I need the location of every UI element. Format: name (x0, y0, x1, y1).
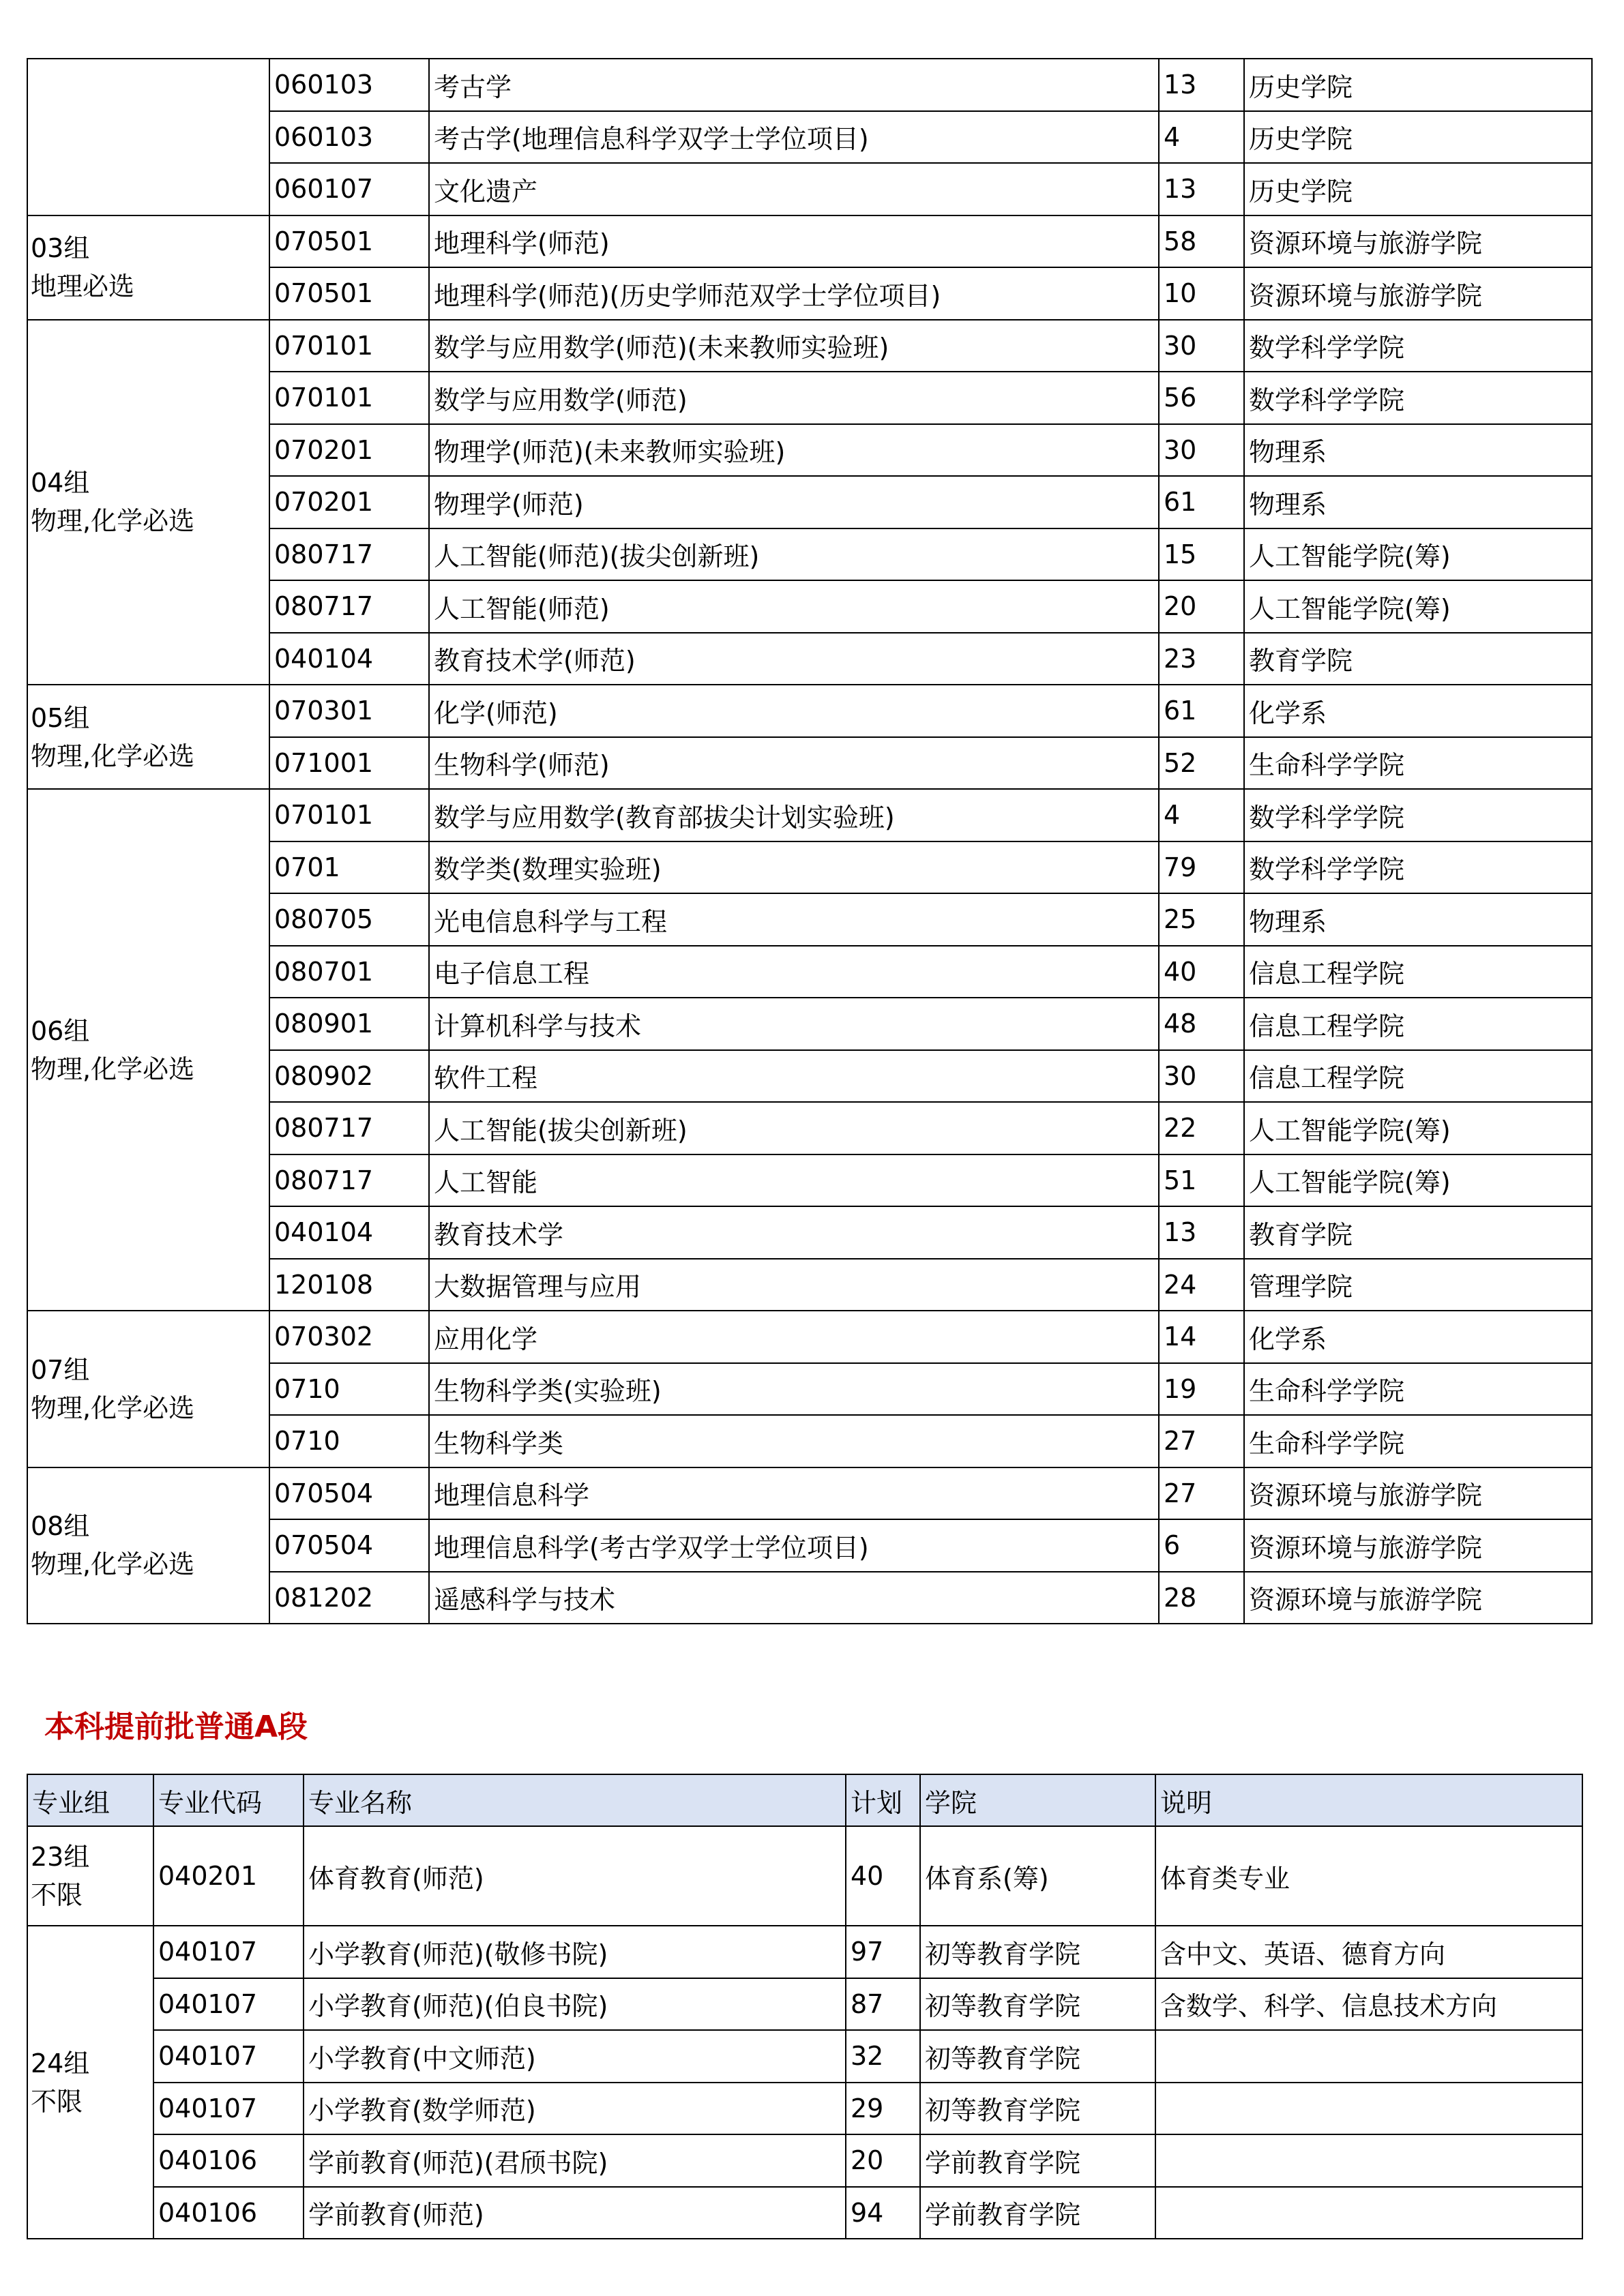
plan-count: 97 (846, 1926, 920, 1978)
major-code: 070302 (269, 1311, 429, 1363)
major-code: 070101 (269, 789, 429, 841)
group-cell: 08组 物理,化学必选 (27, 1467, 269, 1624)
major-name: 软件工程 (429, 1050, 1159, 1103)
college: 化学系 (1244, 1311, 1592, 1363)
college: 人工智能学院(筹) (1244, 580, 1592, 633)
college: 学前教育学院 (920, 2134, 1155, 2187)
plan-count: 13 (1159, 163, 1244, 215)
college: 生命科学学院 (1244, 737, 1592, 790)
major-name: 地理科学(师范)(历史学师范双学士学位项目) (429, 267, 1159, 320)
table1-body: 060103 考古学 13 历史学院 060103 考古学(地理信息科学双学士学… (27, 59, 1592, 1624)
major-code: 060103 (269, 59, 429, 111)
college: 资源环境与旅游学院 (1244, 1467, 1592, 1520)
major-code: 070101 (269, 372, 429, 424)
note (1155, 2134, 1582, 2187)
plan-count: 15 (1159, 528, 1244, 581)
plan-count: 30 (1159, 424, 1244, 477)
table-row: 08组 物理,化学必选 070504 地理信息科学 27 资源环境与旅游学院 (27, 1467, 1592, 1520)
plan-count: 94 (846, 2187, 920, 2239)
college: 人工智能学院(筹) (1244, 1102, 1592, 1154)
note: 含数学、科学、信息技术方向 (1155, 1978, 1582, 2031)
major-code: 060103 (269, 111, 429, 164)
major-name: 地理科学(师范) (429, 215, 1159, 268)
plan-count: 29 (846, 2083, 920, 2135)
group-label: 04组 (31, 464, 269, 502)
college: 学前教育学院 (920, 2187, 1155, 2239)
plan-count: 6 (1159, 1519, 1244, 1572)
major-code: 040104 (269, 633, 429, 685)
plan-count: 51 (1159, 1154, 1244, 1207)
plan-count: 27 (1159, 1467, 1244, 1520)
major-name: 人工智能(师范)(拔尖创新班) (429, 528, 1159, 581)
college: 资源环境与旅游学院 (1244, 215, 1592, 268)
college: 资源环境与旅游学院 (1244, 267, 1592, 320)
group-subject: 物理,化学必选 (31, 737, 269, 775)
major-code: 040107 (153, 2030, 304, 2083)
plan-count: 14 (1159, 1311, 1244, 1363)
major-name: 地理信息科学 (429, 1467, 1159, 1520)
college: 历史学院 (1244, 163, 1592, 215)
group-subject: 地理必选 (31, 267, 269, 305)
college: 初等教育学院 (920, 2030, 1155, 2083)
major-code: 080701 (269, 946, 429, 998)
plan-count: 40 (846, 1826, 920, 1926)
major-name: 小学教育(师范)(敬修书院) (304, 1926, 846, 1978)
major-code: 040201 (153, 1826, 304, 1926)
table-row: 24组 不限 040107 小学教育(师范)(敬修书院) 97 初等教育学院 含… (27, 1926, 1582, 1978)
major-name: 体育教育(师范) (304, 1826, 846, 1926)
header-row: 专业组 专业代码 专业名称 计划 学院 说明 (27, 1774, 1582, 1826)
major-code: 070201 (269, 476, 429, 528)
table-row: 06组 物理,化学必选 070101 数学与应用数学(教育部拔尖计划实验班) 4… (27, 789, 1592, 841)
major-name: 学前教育(师范)(君颀书院) (304, 2134, 846, 2187)
plan-count: 20 (846, 2134, 920, 2187)
header-code: 专业代码 (153, 1774, 304, 1826)
major-code: 040107 (153, 2083, 304, 2135)
college: 历史学院 (1244, 111, 1592, 164)
table-row: 040106 学前教育(师范) 94 学前教育学院 (27, 2187, 1582, 2239)
major-name: 数学类(数理实验班) (429, 841, 1159, 894)
header-note: 说明 (1155, 1774, 1582, 1826)
note: 含中文、英语、德育方向 (1155, 1926, 1582, 1978)
major-name: 数学与应用数学(师范)(未来教师实验班) (429, 320, 1159, 372)
group-subject: 不限 (31, 1876, 153, 1914)
major-code: 070501 (269, 215, 429, 268)
major-code: 080717 (269, 528, 429, 581)
college: 教育学院 (1244, 633, 1592, 685)
group-label: 23组 (31, 1838, 153, 1876)
major-name: 生物科学(师范) (429, 737, 1159, 790)
major-name: 文化遗产 (429, 163, 1159, 215)
group-label: 24组 (31, 2044, 153, 2083)
major-code: 040106 (153, 2134, 304, 2187)
plan-count: 30 (1159, 1050, 1244, 1103)
section-title: 本科提前批普通A段 (44, 1702, 308, 1746)
plan-count: 56 (1159, 372, 1244, 424)
group-subject: 物理,化学必选 (31, 502, 269, 540)
note: 体育类专业 (1155, 1826, 1582, 1926)
major-name: 物理学(师范)(未来教师实验班) (429, 424, 1159, 477)
college: 教育学院 (1244, 1206, 1592, 1259)
major-code: 080717 (269, 1102, 429, 1154)
major-code: 070504 (269, 1467, 429, 1520)
table-row: 040107 小学教育(中文师范) 32 初等教育学院 (27, 2030, 1582, 2083)
header-college: 学院 (920, 1774, 1155, 1826)
plan-count: 79 (1159, 841, 1244, 894)
college: 管理学院 (1244, 1259, 1592, 1311)
major-name: 数学与应用数学(师范) (429, 372, 1159, 424)
major-code: 070101 (269, 320, 429, 372)
major-code: 081202 (269, 1572, 429, 1624)
major-code: 0710 (269, 1415, 429, 1467)
college: 数学科学学院 (1244, 789, 1592, 841)
major-name: 应用化学 (429, 1311, 1159, 1363)
college: 数学科学学院 (1244, 372, 1592, 424)
group-label: 05组 (31, 699, 269, 737)
college: 物理系 (1244, 424, 1592, 477)
table-row: 04组 物理,化学必选 070101 数学与应用数学(师范)(未来教师实验班) … (27, 320, 1592, 372)
note (1155, 2083, 1582, 2135)
college: 生命科学学院 (1244, 1415, 1592, 1467)
table-row: 040106 学前教育(师范)(君颀书院) 20 学前教育学院 (27, 2134, 1582, 2187)
college: 数学科学学院 (1244, 841, 1592, 894)
plan-count: 87 (846, 1978, 920, 2031)
major-code: 080902 (269, 1050, 429, 1103)
plan-count: 61 (1159, 685, 1244, 737)
major-name: 小学教育(师范)(伯良书院) (304, 1978, 846, 2031)
table-row: 040107 小学教育(数学师范) 29 初等教育学院 (27, 2083, 1582, 2135)
major-code: 0710 (269, 1363, 429, 1416)
college: 化学系 (1244, 685, 1592, 737)
college: 物理系 (1244, 893, 1592, 946)
major-name: 考古学(地理信息科学双学士学位项目) (429, 111, 1159, 164)
plan-count: 4 (1159, 111, 1244, 164)
major-code: 071001 (269, 737, 429, 790)
plan-count: 4 (1159, 789, 1244, 841)
major-name: 计算机科学与技术 (429, 998, 1159, 1050)
table2-header: 专业组 专业代码 专业名称 计划 学院 说明 (27, 1774, 1582, 1826)
plan-count: 13 (1159, 59, 1244, 111)
plan-count: 13 (1159, 1206, 1244, 1259)
college: 历史学院 (1244, 59, 1592, 111)
college: 生命科学学院 (1244, 1363, 1592, 1416)
group-subject: 物理,化学必选 (31, 1389, 269, 1427)
plan-count: 24 (1159, 1259, 1244, 1311)
major-code: 0701 (269, 841, 429, 894)
major-code: 070201 (269, 424, 429, 477)
plan-count: 40 (1159, 946, 1244, 998)
plan-count: 58 (1159, 215, 1244, 268)
major-name: 物理学(师范) (429, 476, 1159, 528)
college: 初等教育学院 (920, 1978, 1155, 2031)
major-name: 生物科学类 (429, 1415, 1159, 1467)
group-cell: 05组 物理,化学必选 (27, 685, 269, 789)
plan-count: 10 (1159, 267, 1244, 320)
group-cell: 03组 地理必选 (27, 215, 269, 320)
major-name: 数学与应用数学(教育部拔尖计划实验班) (429, 789, 1159, 841)
major-code: 080705 (269, 893, 429, 946)
major-code: 040106 (153, 2187, 304, 2239)
major-name: 生物科学类(实验班) (429, 1363, 1159, 1416)
group-subject: 物理,化学必选 (31, 1050, 269, 1088)
college: 信息工程学院 (1244, 1050, 1592, 1103)
table-row: 060103 考古学 13 历史学院 (27, 59, 1592, 111)
group-label: 06组 (31, 1012, 269, 1050)
major-name: 考古学 (429, 59, 1159, 111)
major-name: 化学(师范) (429, 685, 1159, 737)
group-cell: 06组 物理,化学必选 (27, 789, 269, 1311)
plan-count: 23 (1159, 633, 1244, 685)
college: 信息工程学院 (1244, 946, 1592, 998)
major-code: 040104 (269, 1206, 429, 1259)
plan-count: 32 (846, 2030, 920, 2083)
major-code: 060107 (269, 163, 429, 215)
admission-table-continued: 060103 考古学 13 历史学院 060103 考古学(地理信息科学双学士学… (27, 58, 1593, 1624)
group-cell: 07组 物理,化学必选 (27, 1311, 269, 1467)
group-cell: 04组 物理,化学必选 (27, 320, 269, 685)
group-cell: 23组 不限 (27, 1826, 153, 1926)
college: 初等教育学院 (920, 1926, 1155, 1978)
major-code: 070301 (269, 685, 429, 737)
plan-count: 22 (1159, 1102, 1244, 1154)
major-code: 080717 (269, 580, 429, 633)
major-name: 人工智能(拔尖创新班) (429, 1102, 1159, 1154)
college: 人工智能学院(筹) (1244, 1154, 1592, 1207)
plan-count: 20 (1159, 580, 1244, 633)
major-name: 地理信息科学(考古学双学士学位项目) (429, 1519, 1159, 1572)
major-code: 080717 (269, 1154, 429, 1207)
table-row: 05组 物理,化学必选 070301 化学(师范) 61 化学系 (27, 685, 1592, 737)
note (1155, 2030, 1582, 2083)
group-label: 03组 (31, 229, 269, 267)
group-label: 07组 (31, 1351, 269, 1389)
group-label: 08组 (31, 1507, 269, 1545)
college: 初等教育学院 (920, 2083, 1155, 2135)
major-code: 070504 (269, 1519, 429, 1572)
table-row: 03组 地理必选 070501 地理科学(师范) 58 资源环境与旅游学院 (27, 215, 1592, 268)
college: 体育系(筹) (920, 1826, 1155, 1926)
college: 资源环境与旅游学院 (1244, 1572, 1592, 1624)
major-name: 学前教育(师范) (304, 2187, 846, 2239)
group-subject: 物理,化学必选 (31, 1545, 269, 1583)
college: 人工智能学院(筹) (1244, 528, 1592, 581)
major-name: 大数据管理与应用 (429, 1259, 1159, 1311)
major-code: 120108 (269, 1259, 429, 1311)
major-name: 人工智能(师范) (429, 580, 1159, 633)
major-code: 080901 (269, 998, 429, 1050)
major-code: 040107 (153, 1978, 304, 2031)
college: 物理系 (1244, 476, 1592, 528)
note (1155, 2187, 1582, 2239)
table-row: 23组 不限 040201 体育教育(师范) 40 体育系(筹) 体育类专业 (27, 1826, 1582, 1926)
table-row: 07组 物理,化学必选 070302 应用化学 14 化学系 (27, 1311, 1592, 1363)
major-name: 教育技术学(师范) (429, 633, 1159, 685)
college: 信息工程学院 (1244, 998, 1592, 1050)
major-name: 小学教育(数学师范) (304, 2083, 846, 2135)
header-group: 专业组 (27, 1774, 153, 1826)
plan-count: 25 (1159, 893, 1244, 946)
college: 资源环境与旅游学院 (1244, 1519, 1592, 1572)
header-plan: 计划 (846, 1774, 920, 1826)
major-name: 电子信息工程 (429, 946, 1159, 998)
group-cell: 24组 不限 (27, 1926, 153, 2239)
plan-count: 28 (1159, 1572, 1244, 1624)
major-name: 教育技术学 (429, 1206, 1159, 1259)
major-name: 遥感科学与技术 (429, 1572, 1159, 1624)
major-code: 040107 (153, 1926, 304, 1978)
group-cell (27, 59, 269, 215)
table2-body: 23组 不限 040201 体育教育(师范) 40 体育系(筹) 体育类专业 2… (27, 1826, 1582, 2239)
table-row: 040107 小学教育(师范)(伯良书院) 87 初等教育学院 含数学、科学、信… (27, 1978, 1582, 2031)
plan-count: 19 (1159, 1363, 1244, 1416)
plan-count: 30 (1159, 320, 1244, 372)
plan-count: 48 (1159, 998, 1244, 1050)
header-name: 专业名称 (304, 1774, 846, 1826)
major-name: 光电信息科学与工程 (429, 893, 1159, 946)
group-subject: 不限 (31, 2083, 153, 2121)
plan-count: 27 (1159, 1415, 1244, 1467)
admission-table-early-batch-a: 专业组 专业代码 专业名称 计划 学院 说明 23组 不限 040201 体育教… (27, 1774, 1583, 2239)
major-code: 070501 (269, 267, 429, 320)
major-name: 人工智能 (429, 1154, 1159, 1207)
plan-count: 52 (1159, 737, 1244, 790)
college: 数学科学学院 (1244, 320, 1592, 372)
plan-count: 61 (1159, 476, 1244, 528)
major-name: 小学教育(中文师范) (304, 2030, 846, 2083)
